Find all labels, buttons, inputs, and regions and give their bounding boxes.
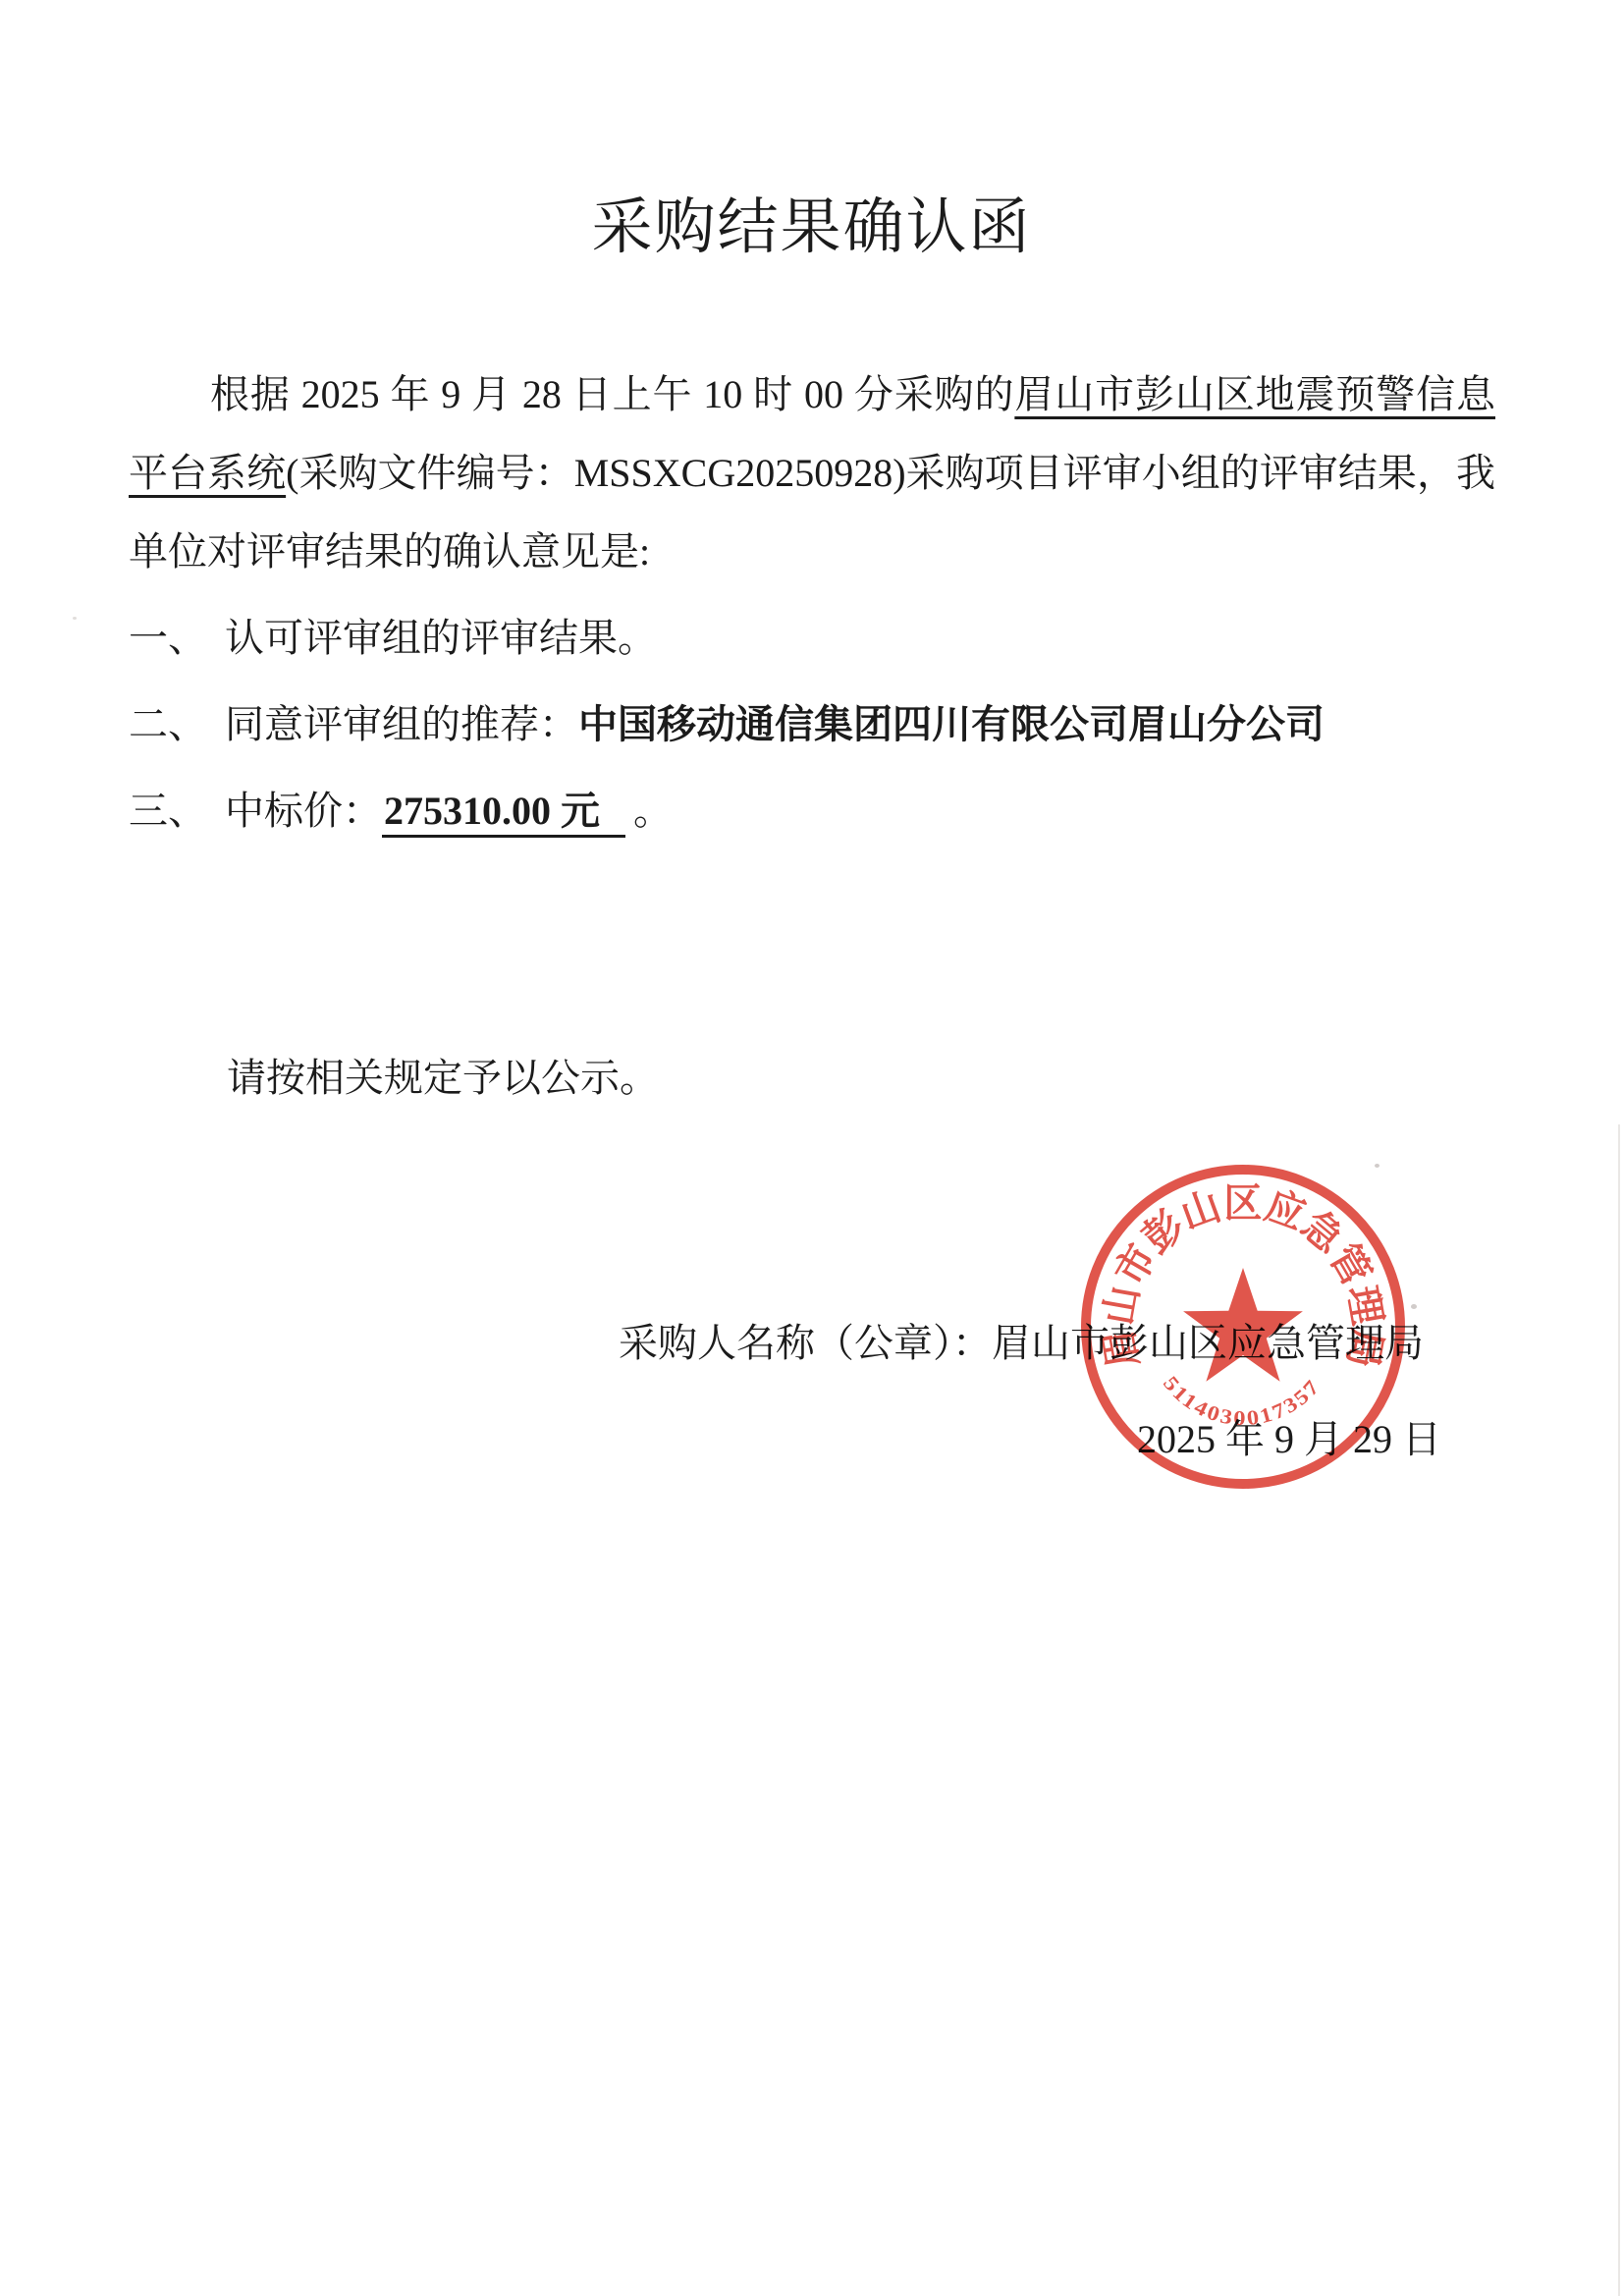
- document-body: 根据 2025 年 9 月 28 日上午 10 时 00 分采购的眉山市彭山区地…: [129, 355, 1495, 850]
- stamp-star-icon: [1183, 1268, 1303, 1382]
- list-item-3: 三、中标价：275310.00 元。: [129, 772, 1495, 850]
- scan-speck: [1411, 1304, 1417, 1309]
- intro-tail: (采购文件编号：MSSXCG20250928)采购项目评审小组的评审结果，我单位…: [129, 451, 1495, 574]
- item-3-number: 三、: [129, 789, 207, 833]
- item-1-text: 认可评审组的评审结果。: [225, 616, 657, 660]
- list-item-1: 一、认可评审组的评审结果。: [129, 599, 1495, 678]
- document-title: 采购结果确认函: [0, 189, 1623, 268]
- scan-edge-shadow: [1618, 1124, 1620, 2296]
- intro-paragraph: 根据 2025 年 9 月 28 日上午 10 时 00 分采购的眉山市彭山区地…: [129, 355, 1495, 591]
- winning-company-name: 中国移动通信集团四川有限公司眉山分公司: [578, 702, 1325, 746]
- scan-speck: [1375, 1164, 1380, 1168]
- stamp-code: 5114030017357: [1159, 1372, 1325, 1431]
- bid-price-underlined: 275310.00 元: [382, 789, 625, 838]
- item-3-text: 中标价：: [225, 789, 382, 833]
- item-3-period: 。: [633, 789, 673, 833]
- signature-label: 采购人名称（公章）：: [619, 1321, 992, 1365]
- item-1-number: 一、: [129, 616, 207, 660]
- scan-speck: [73, 617, 77, 620]
- notice-line: 请按相关规定予以公示。: [129, 1039, 659, 1118]
- intro-lead: 根据 2025 年 9 月 28 日上午 10 时 00 分采购的: [210, 372, 1014, 416]
- official-red-stamp: 眉山市彭山区应急管理局 5114030017357: [1060, 1144, 1426, 1509]
- svg-text:5114030017357: 5114030017357: [1159, 1372, 1325, 1431]
- item-2-number: 二、: [129, 702, 207, 746]
- document-page: 采购结果确认函 根据 2025 年 9 月 28 日上午 10 时 00 分采购…: [0, 0, 1623, 2296]
- list-item-2: 二、同意评审组的推荐：中国移动通信集团四川有限公司眉山分公司: [129, 685, 1495, 764]
- item-2-text: 同意评审组的推荐：: [225, 702, 578, 746]
